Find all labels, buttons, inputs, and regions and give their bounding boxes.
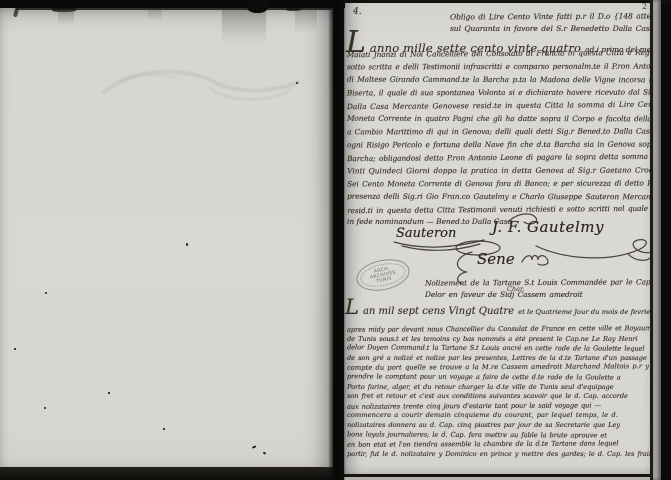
ink-blot — [13, 8, 19, 18]
page-edge-strip — [653, 0, 661, 480]
drop-cap: L — [345, 297, 359, 318]
manuscript-scan: 4. 2 Obligo di Lire Cento Vinte fatti p.… — [0, 0, 671, 480]
manuscript-line: aux nolizataires trente cinq jours d'est… — [347, 401, 648, 412]
scan-top-border — [344, 0, 671, 3]
right-page: 4. 2 Obligo di Lire Cento Vinte fatti p.… — [344, 0, 651, 474]
archive-stamp: ARCH. ARCHIVES TUNIS — [353, 255, 412, 296]
manuscript-line: apres midy par devant nous Chancellier d… — [347, 324, 648, 335]
nolizement-opening-line: L an mil sept cens Vingt Quatre et le Qu… — [345, 297, 651, 318]
manuscript-line: Malati Jnanzi di Noi Cancelliere del Con… — [347, 46, 648, 61]
scan-streak — [222, 10, 266, 44]
ink-speck — [263, 452, 266, 455]
nolizement-body: apres midy par devant nous Chancellier d… — [347, 325, 648, 459]
ink-speck — [163, 428, 165, 430]
signature-gautelmy: J. F. Gautelmy — [492, 218, 604, 236]
scan-streak — [58, 10, 74, 25]
manuscript-line: prendre le comptant pour un voyage a fai… — [347, 372, 648, 383]
ink-speck — [14, 348, 16, 350]
archive-stamp-inner-ring — [358, 259, 408, 290]
ink-speck — [252, 445, 256, 448]
manuscript-line: di Maltese Girando Cammand.te la Barcha … — [347, 73, 648, 87]
opening-small-text: et le Quatrieme Jour du mois de fevrier … — [518, 308, 651, 316]
opening-large-text: an mil sept cens Vingt Quatre — [363, 306, 514, 317]
scan-border-blob — [247, 0, 268, 13]
ink-speck — [108, 392, 110, 394]
scan-bottom-border — [0, 467, 333, 480]
manuscript-line: nolizataires donnera au d. Cap. cinq pia… — [347, 421, 648, 431]
manuscript-line: Moneta Corrente in quatro Pagni che gli … — [347, 112, 648, 126]
manuscript-line: Barcha; obligandosi detto P.ron Antonio … — [347, 150, 648, 165]
scan-streak — [295, 10, 317, 34]
manuscript-line: en bon etat et l'on tiendra assemble la … — [347, 439, 648, 450]
manuscript-line: Nolizement de la Tartane S.t Louis Comma… — [425, 276, 645, 289]
scan-top-border — [0, 0, 345, 8]
signature-sene: Sene — [477, 250, 515, 268]
manuscript-line: son fret et retour et c'est aux conditio… — [347, 392, 648, 402]
binding-gutter-shadow — [328, 0, 346, 480]
manuscript-line: resid.ti in questa detta Citta Testimoni… — [347, 202, 648, 217]
left-page — [0, 6, 333, 467]
corner-mark: 4. — [353, 7, 362, 17]
ink-speck — [186, 243, 188, 246]
ghost-writing — [92, 58, 307, 118]
manuscript-line: Sei Cento Moneta Corrente di Genova fora… — [347, 177, 648, 191]
ink-speck — [45, 292, 47, 294]
obligation-body: Malati Jnanzi di Noi Cancelliere del Con… — [347, 47, 648, 217]
manuscript-line: a Cambio Marittimo di qui in Genova; del… — [347, 125, 648, 139]
manuscript-line: sotto scritta e delli Testimonii infrasc… — [347, 60, 648, 74]
page-edge-line — [650, 0, 653, 480]
scan-streak — [148, 10, 162, 21]
manuscript-line: Obligo di Lire Cento Vinte fatti p.r il … — [450, 10, 648, 23]
manuscript-line: Vinti Quindeci Giorni doppo la pratica i… — [347, 164, 648, 178]
manuscript-line: delor Doyen Command.t la Tartane S.t Lou… — [347, 344, 648, 355]
signature-flourish — [520, 252, 552, 268]
closing-attestation: in fede nominandum — Bened.to Dalla Casa — [347, 217, 512, 226]
manuscript-line: commencera a courir demain cinquieme du … — [347, 411, 648, 421]
ink-speck — [44, 407, 46, 409]
manuscript-line: partir, fut le d. nolizataire y Dominico… — [347, 450, 648, 460]
ink-speck — [296, 82, 298, 84]
manuscript-line: Porto farine, alger, et du retour charge… — [347, 383, 648, 393]
